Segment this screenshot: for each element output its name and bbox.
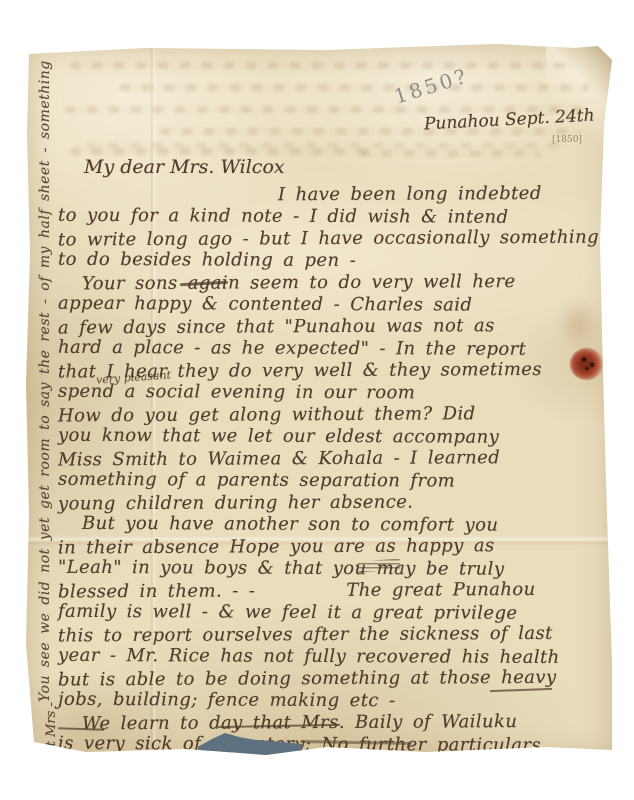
letter-line: jobs, building; fence making etc - bbox=[58, 689, 610, 713]
letter-line: blessed in them. - - The great Punahou bbox=[58, 579, 610, 604]
letter-line: family is well - & we feel it a great pr… bbox=[58, 601, 610, 625]
letter-line: this to report ourselves after the sickn… bbox=[58, 623, 610, 648]
pencil-year-annotation: 1850? bbox=[391, 63, 471, 108]
letter-line: We learn to day that Mrs. Baily of Wailu… bbox=[58, 711, 610, 736]
brown-stain bbox=[556, 296, 600, 352]
letter-line: in their absence Hope you are as happy a… bbox=[58, 535, 610, 560]
letter-line: spend a social evening in our room bbox=[58, 381, 610, 405]
bleed-through-writing bbox=[70, 62, 570, 69]
letter-line: Miss Smith to Waimea & Kohala - I learne… bbox=[58, 447, 610, 472]
letter-salutation: My dear Mrs. Wilcox bbox=[84, 156, 285, 178]
bleed-through-writing bbox=[70, 148, 370, 155]
bleed-through-writing bbox=[360, 150, 540, 157]
letter-line: hard a place - as he expected" - In the … bbox=[58, 337, 610, 361]
letter-line: young children during her absence. bbox=[58, 491, 610, 516]
letter-line: but is able to be doing something at tho… bbox=[58, 667, 610, 692]
margin-note-secondary: at Mrs - bbox=[43, 634, 61, 754]
pencil-year-bracket-annotation: [1850] bbox=[552, 135, 582, 145]
letter-line: is very sick of dysentery; No further pa… bbox=[58, 733, 610, 757]
letter-paper-sheet: 1850? [1850] Punahou Sept. 24th My dear … bbox=[26, 44, 612, 756]
letter-line: a few days since that "Punahou was not a… bbox=[58, 315, 610, 340]
letter-line: How do you get along without them? Did bbox=[58, 403, 610, 428]
letter-line: Your sons again seem to do very well her… bbox=[58, 271, 610, 296]
letter-body: I have been long indebted to you for a k… bbox=[58, 184, 610, 756]
letter-line: year - Mr. Rice has not fully recovered … bbox=[58, 645, 610, 669]
margin-note: You see we did not yet get room to say t… bbox=[35, 102, 55, 702]
scanned-letter-viewport: 1850? [1850] Punahou Sept. 24th My dear … bbox=[0, 0, 634, 800]
letter-line: to you for a kind note - I did wish & in… bbox=[58, 205, 610, 229]
letter-line: But you have another son to comfort you bbox=[58, 513, 610, 537]
letter-line: to write long ago - but I have occasiona… bbox=[58, 227, 610, 252]
letter-line: to do besides holding a pen - bbox=[58, 249, 610, 273]
bleed-through-writing bbox=[120, 84, 590, 91]
bleed-through-writing bbox=[86, 142, 566, 149]
letter-line: appear happy & contented - Charles said bbox=[58, 293, 610, 317]
letter-line: something of a parents separation from bbox=[58, 469, 610, 493]
letter-line: you know that we let our eldest accompan… bbox=[58, 425, 610, 449]
wax-seal-specks bbox=[578, 354, 598, 372]
letter-line: "Leah" in you boys & that you may be tru… bbox=[58, 557, 610, 581]
letter-line: I have been long indebted bbox=[58, 183, 610, 208]
